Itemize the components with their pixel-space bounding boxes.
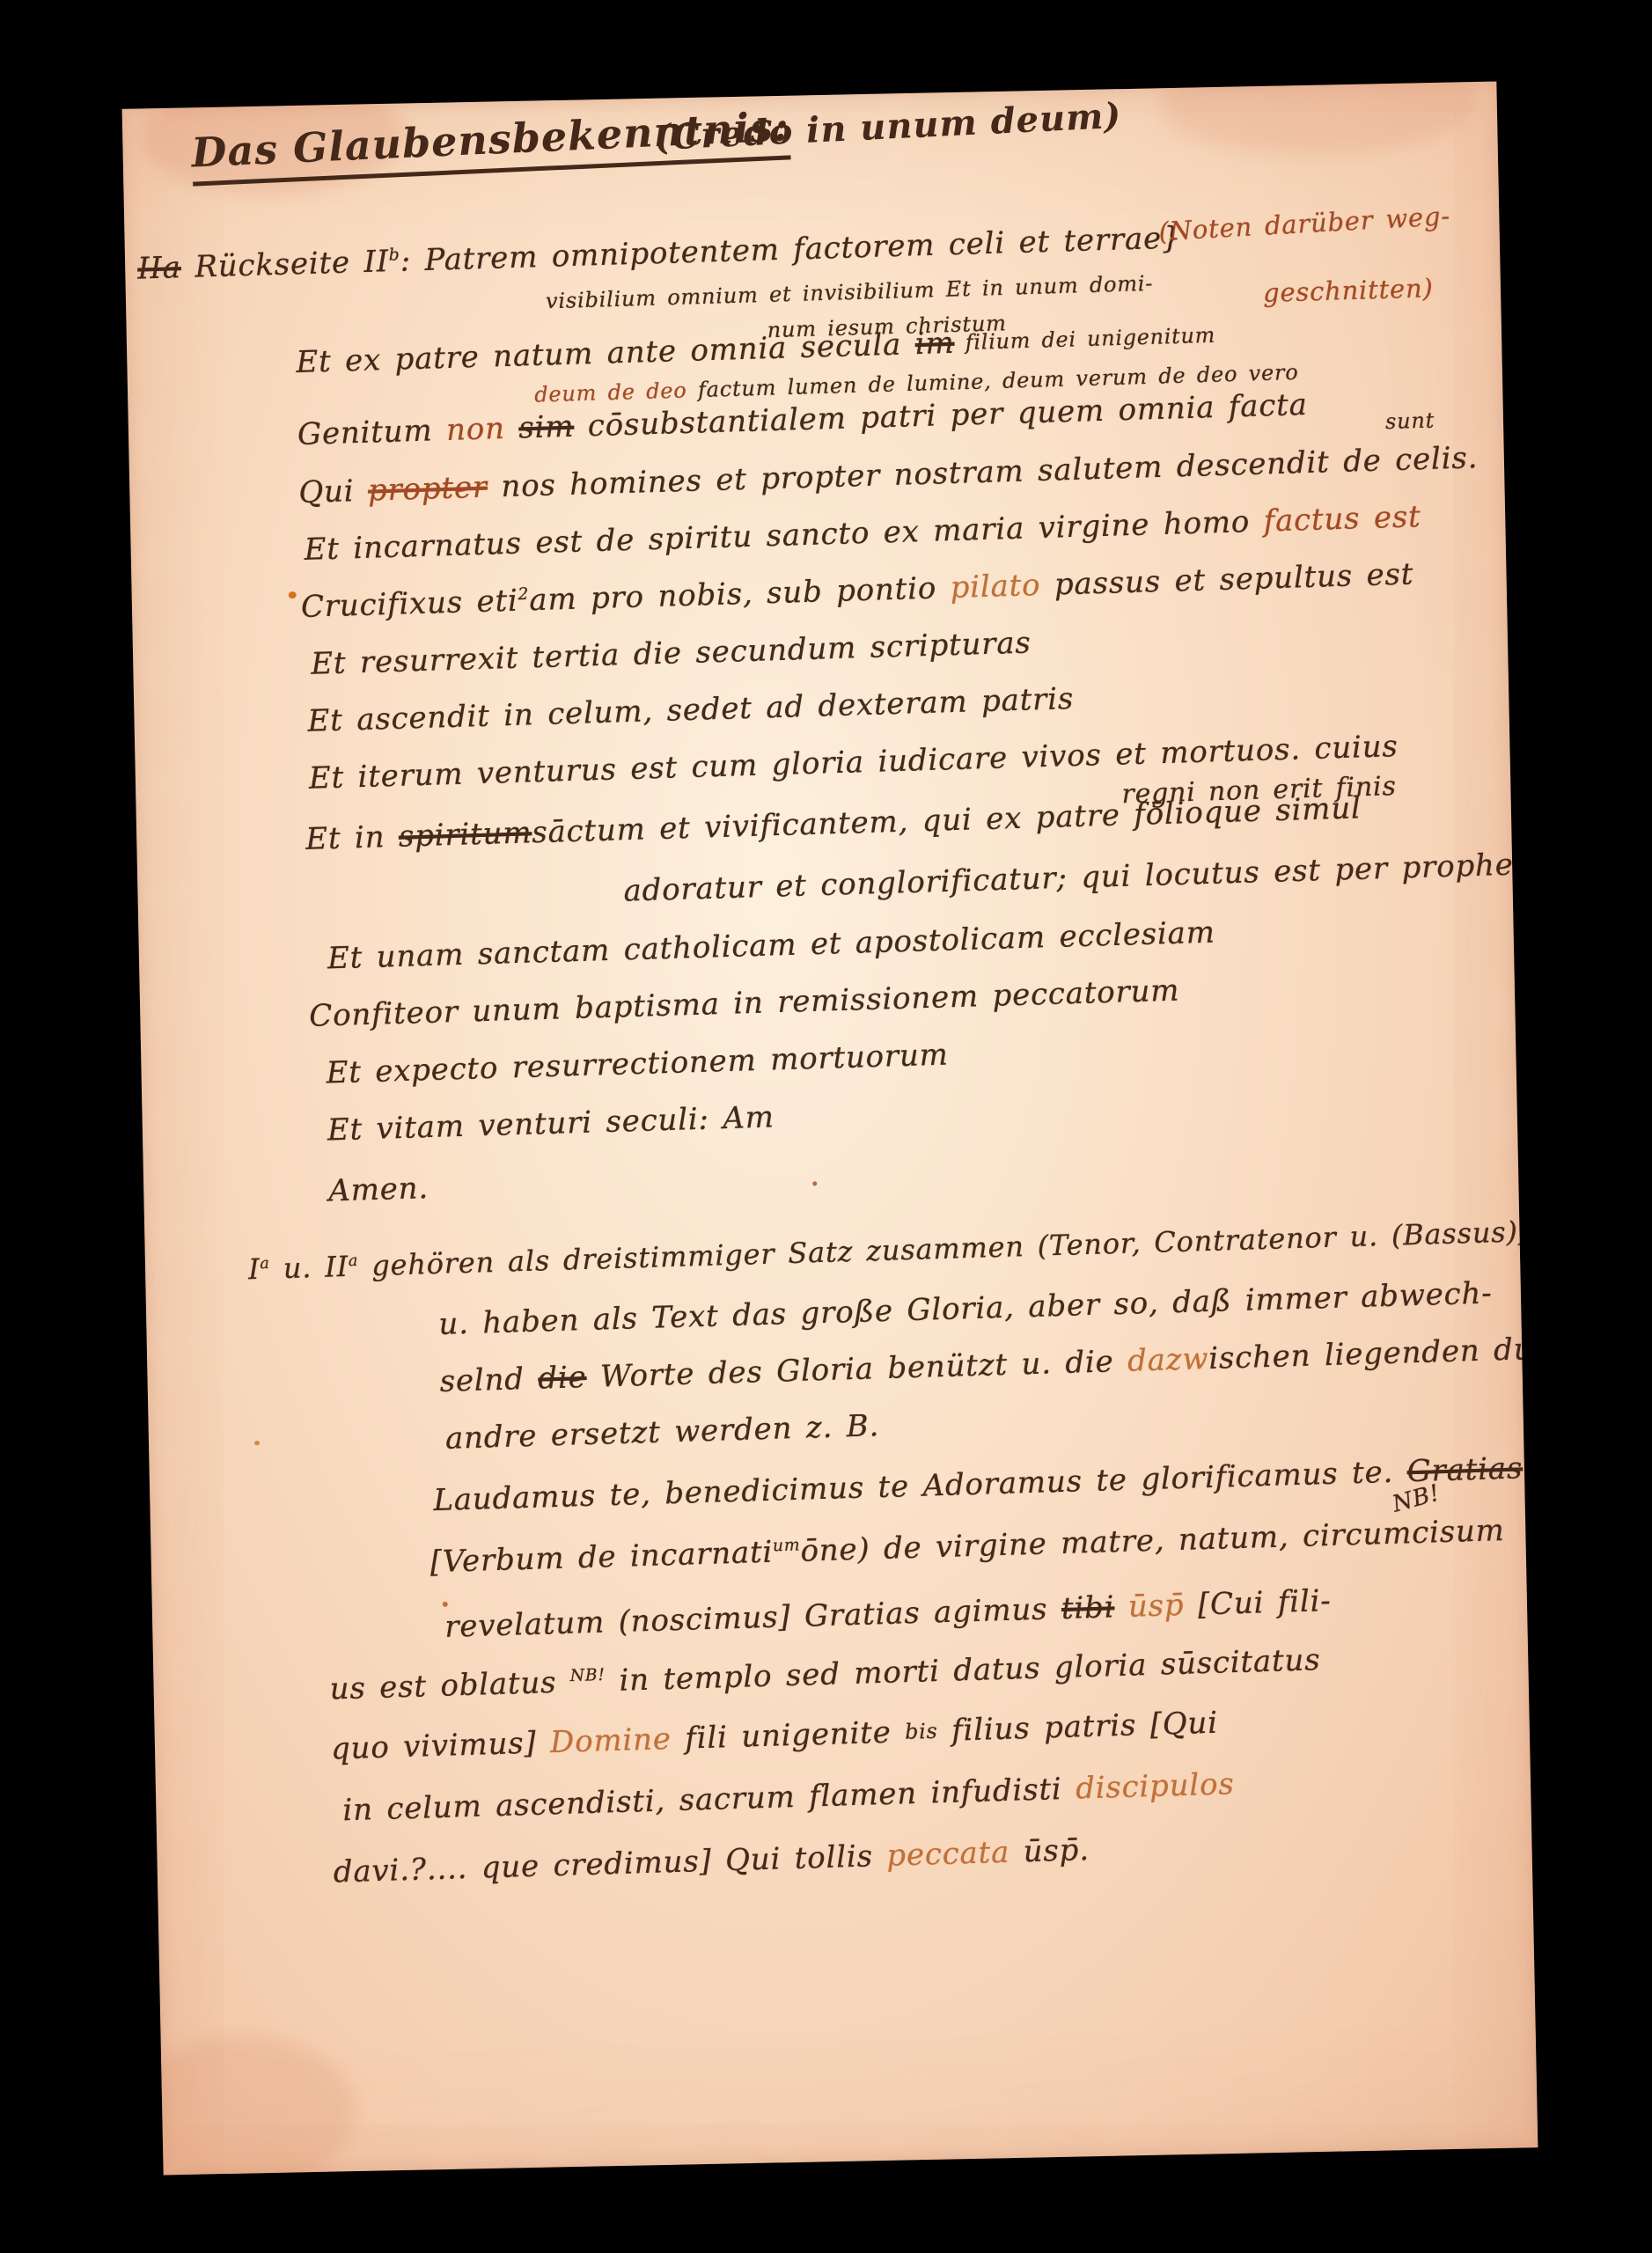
- text-segment: filium dei unigenitum: [954, 323, 1215, 356]
- text-segment: [Cui fili-: [1184, 1583, 1332, 1623]
- manuscript-line: Et expecto resurrectionem mortuorum: [326, 1038, 949, 1091]
- text-segment: a: [349, 1252, 359, 1270]
- text-segment: andre ersetzt werden z. B.: [444, 1408, 879, 1457]
- manuscript-text-block: IIa Rückseite IIb: Patrem omnipotentem f…: [122, 82, 1538, 2176]
- text-segment: in templo sed morti datus gloria sūscita…: [605, 1642, 1321, 1699]
- manuscript-line: Et vitam venturi seculi: Am: [327, 1099, 775, 1148]
- text-segment: ūsp̄: [1127, 1588, 1185, 1625]
- text-segment: pilato: [950, 568, 1041, 605]
- manuscript-line: [Verbum de incarnatiumōne) de virgine ma…: [430, 1513, 1505, 1580]
- text-segment: u. haben als Text das große Gloria, aber…: [438, 1275, 1493, 1342]
- text-segment: b: [388, 246, 400, 264]
- text-segment: Et expecto resurrectionem mortuorum: [326, 1038, 949, 1091]
- manuscript-line: quo vivimus] Domine fili unigenite bis f…: [330, 1706, 1218, 1767]
- manuscript-line: Crucifixus eti2am pro nobis, sub pontio …: [300, 556, 1413, 625]
- text-segment: Amen.: [328, 1171, 430, 1208]
- text-segment: propter: [367, 470, 488, 509]
- text-segment: bis: [905, 1719, 938, 1744]
- text-segment: discipulos: [1076, 1766, 1236, 1806]
- text-segment: IIa: [137, 250, 182, 286]
- text-segment: deum de deo: [534, 378, 699, 407]
- manuscript-line: revelatum (noscimus] Gratias agimus tibi…: [444, 1583, 1332, 1645]
- text-segment: geschnitten): [1263, 273, 1434, 308]
- text-segment: Et ex patre natum ante omnia secula: [296, 327, 916, 380]
- manuscript-line: Qui propter nos homines et propter nostr…: [298, 440, 1479, 510]
- manuscript-line: davi.?.... que credimus] Qui tollis pecc…: [333, 1832, 1090, 1890]
- manuscript-line: Amen.: [328, 1171, 430, 1208]
- manuscript-page: Das Glaubensbekenntnis: (Credo in unum d…: [122, 82, 1538, 2176]
- text-segment: im: [914, 326, 955, 362]
- text-segment: am pro nobis, sub pontio: [529, 570, 951, 618]
- manuscript-line: sunt: [1385, 408, 1435, 435]
- text-segment: Et in: [305, 819, 400, 857]
- text-segment: selnd: [439, 1361, 539, 1399]
- text-segment: tibi: [1061, 1589, 1115, 1626]
- text-segment: 2: [518, 585, 529, 604]
- photo-background: Das Glaubensbekenntnis: (Credo in unum d…: [0, 0, 1652, 2253]
- text-segment: filius patris [Qui: [937, 1706, 1218, 1749]
- text-segment: passus et sepultus est: [1040, 556, 1414, 603]
- text-segment: Et incarnatus est de spiritu sancto ex m…: [304, 504, 1264, 568]
- text-segment: NB!: [569, 1666, 606, 1685]
- text-segment: sim: [518, 409, 575, 446]
- text-segment: fili unigenite: [671, 1714, 906, 1757]
- text-segment: ūsp̄.: [1009, 1832, 1090, 1870]
- paper-speck: [1030, 1076, 1036, 1082]
- manuscript-line: adoratur et conglorificatur; qui locutus…: [623, 846, 1538, 909]
- text-segment: ōne) de virgine matre, natum, circumcisu…: [800, 1513, 1505, 1569]
- text-segment: a: [260, 1255, 270, 1273]
- text-segment: Et ascendit in celum, sedet ad dexteram …: [307, 681, 1075, 739]
- text-segment: die: [538, 1360, 587, 1397]
- text-segment: non: [445, 411, 518, 448]
- manuscript-line: visibilium omnium et invisibilium Et in …: [546, 271, 1154, 313]
- text-segment: Confiteor unum baptisma in remissionem p…: [309, 973, 1180, 1034]
- text-segment: factus est: [1263, 499, 1421, 539]
- manuscript-line: Et in spiritumsāctum et vivificantem, qu…: [305, 790, 1362, 857]
- manuscript-line: andre ersetzt werden z. B.: [444, 1408, 879, 1457]
- text-segment: Genitum: [297, 413, 446, 452]
- text-segment: visibilium omnium et invisibilium Et in …: [546, 271, 1154, 313]
- text-segment: [1114, 1589, 1129, 1625]
- text-segment: Et resurrexit tertia die secundum script…: [311, 625, 1032, 681]
- text-segment: spiritum: [398, 815, 532, 854]
- text-segment: dazw: [1127, 1341, 1208, 1379]
- ink-spot: [254, 1441, 260, 1445]
- text-segment: Domine: [550, 1721, 672, 1760]
- manuscript-line: Et ascendit in celum, sedet ad dexteram …: [307, 681, 1075, 739]
- manuscript-line: selnd die Worte des Gloria benützt u. di…: [439, 1330, 1538, 1399]
- text-segment: Et unam sanctam catholicam et apostolica…: [327, 914, 1215, 976]
- manuscript-line: Confiteor unum baptisma in remissionem p…: [309, 973, 1180, 1034]
- manuscript-line: Laudamus te, benedicimus te Adoramus te …: [433, 1450, 1524, 1518]
- text-segment: Et vitam venturi seculi: Am: [327, 1099, 775, 1148]
- manuscript-line: Et unam sanctam catholicam et apostolica…: [327, 914, 1215, 976]
- text-segment: Crucifixus eti: [300, 583, 518, 625]
- text-segment: um: [773, 1536, 801, 1555]
- manuscript-line: geschnitten): [1263, 273, 1434, 308]
- text-segment: (Noten darüber weg-: [1158, 201, 1451, 246]
- text-segment: gehören als dreistimmiger Satz zusammen …: [358, 1215, 1531, 1282]
- manuscript-line: (Noten darüber weg-: [1158, 201, 1451, 246]
- text-segment: peccata: [886, 1835, 1010, 1874]
- manuscript-line: us est oblatus NB! in templo sed morti d…: [329, 1642, 1321, 1706]
- text-segment: Worte des Gloria benützt u. die: [586, 1344, 1128, 1395]
- text-segment: us est oblatus: [329, 1664, 570, 1706]
- text-segment: Laudamus te, benedicimus te Adoramus te …: [433, 1454, 1407, 1518]
- text-segment: Qui: [298, 473, 369, 510]
- text-segment: factum: [698, 375, 789, 402]
- text-segment: quo vivimus]: [330, 1725, 550, 1766]
- text-segment: nos homines et propter nostram salutem d…: [487, 440, 1479, 504]
- text-segment: davi.?.... que credimus] Qui tollis: [333, 1838, 887, 1890]
- ink-spot: [812, 1181, 817, 1185]
- manuscript-line: Et incarnatus est de spiritu sancto ex m…: [304, 499, 1421, 568]
- manuscript-line: in celum ascendisti, sacrum flamen infud…: [342, 1766, 1235, 1828]
- text-segment: u. II: [269, 1250, 349, 1286]
- text-segment: [Verbum de incarnati: [430, 1535, 774, 1581]
- manuscript-line: u. haben als Text das große Gloria, aber…: [438, 1275, 1493, 1342]
- text-segment: revelatum (noscimus] Gratias agimus: [444, 1591, 1062, 1645]
- manuscript-line: Ia u. IIa gehören als dreistimmiger Satz…: [248, 1215, 1531, 1286]
- text-segment: sunt: [1385, 408, 1435, 435]
- text-segment: in celum ascendisti, sacrum flamen infud…: [342, 1772, 1076, 1829]
- text-segment: sāctum et vivificantem, qui ex patre fōl…: [532, 790, 1362, 850]
- ink-spot: [443, 1602, 448, 1607]
- text-segment: ischen liegenden durch: [1208, 1330, 1538, 1376]
- text-segment: Rückseite II: [180, 244, 389, 285]
- text-segment: : Patrem omnipotentem factorem celi et t…: [400, 220, 1182, 278]
- text-segment: adoratur et conglorificatur; qui locutus…: [623, 846, 1538, 909]
- manuscript-line: Et resurrexit tertia die secundum script…: [311, 625, 1032, 681]
